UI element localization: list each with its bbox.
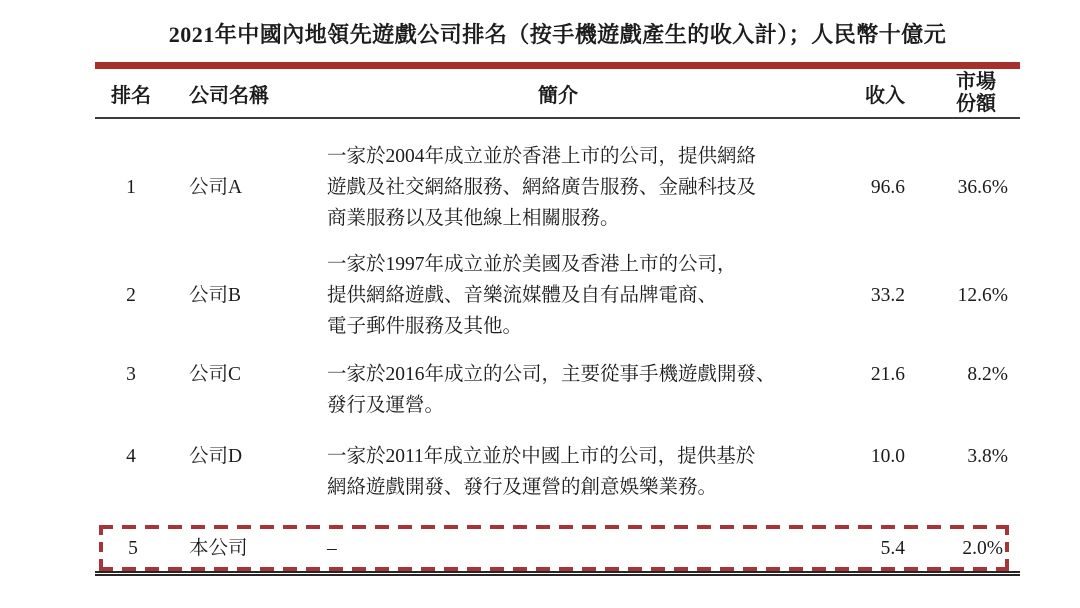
table-row: 4 公司D 一家於2011年成立並於中國上市的公司，提供基於 網絡遊戲開發、發行… — [95, 441, 1020, 503]
rank-cell: 2 — [95, 280, 167, 311]
market-share-cell: 3.8% — [905, 441, 1020, 472]
company-cell: 公司A — [167, 172, 309, 203]
market-share-cell: 2.0% — [905, 534, 1009, 563]
company-cell: 本公司 — [167, 534, 309, 563]
rank-cell: 1 — [95, 172, 167, 203]
dashed-border-top — [99, 525, 1009, 529]
revenue-cell: 33.2 — [807, 280, 905, 311]
table-row: 3 公司C 一家於2016年成立的公司，主要從事手機遊戲開發、 發行及運營。 2… — [95, 359, 1020, 421]
table-row: 5 本公司 – 5.4 2.0% — [99, 534, 1009, 563]
market-share-line1: 市場 — [956, 71, 996, 93]
description-cell: 一家於2004年成立並於香港上市的公司，提供網絡 遊戲及社交網絡服務、網絡廣告服… — [309, 141, 807, 234]
column-header-revenue: 收入 — [807, 79, 905, 108]
company-cell: 公司C — [167, 359, 309, 390]
rank-cell: 5 — [99, 534, 167, 563]
rank-cell: 4 — [95, 441, 167, 472]
revenue-cell: 5.4 — [807, 534, 905, 563]
table-header-row: 排名 公司名稱 簡介 收入 市場份額 — [95, 69, 1020, 119]
column-header-market-share: 市場份額 — [905, 71, 1020, 115]
description-cell: – — [309, 534, 807, 563]
company-cell: 公司B — [167, 280, 309, 311]
column-header-company: 公司名稱 — [167, 79, 309, 108]
highlight-row-container: 5 本公司 – 5.4 2.0% — [99, 534, 1009, 563]
table-row: 1 公司A 一家於2004年成立並於香港上市的公司，提供網絡 遊戲及社交網絡服務… — [95, 141, 1020, 234]
revenue-cell: 96.6 — [807, 172, 905, 203]
column-header-rank: 排名 — [95, 79, 167, 108]
market-share-cell: 12.6% — [905, 280, 1020, 311]
table-title: 2021年中國內地領先遊戲公司排名（按手機遊戲產生的收入計）；人民幣十億元 — [95, 22, 1020, 48]
column-header-description: 簡介 — [309, 79, 807, 108]
table-body: 1 公司A 一家於2004年成立並於香港上市的公司，提供網絡 遊戲及社交網絡服務… — [95, 141, 1020, 503]
document-page: 2021年中國內地領先遊戲公司排名（按手機遊戲產生的收入計）；人民幣十億元 排名… — [95, 22, 1020, 576]
description-cell: 一家於2016年成立的公司，主要從事手機遊戲開發、 發行及運營。 — [309, 359, 807, 421]
revenue-cell: 21.6 — [807, 359, 905, 390]
accent-red-rule — [95, 62, 1020, 69]
rank-cell: 3 — [95, 359, 167, 390]
description-cell: 一家於1997年成立並於美國及香港上市的公司， 提供網絡遊戲、音樂流媒體及自有品… — [309, 249, 807, 342]
description-cell: 一家於2011年成立並於中國上市的公司，提供基於 網絡遊戲開發、發行及運營的創意… — [309, 441, 807, 503]
market-share-cell: 8.2% — [905, 359, 1020, 390]
table-row: 2 公司B 一家於1997年成立並於美國及香港上市的公司， 提供網絡遊戲、音樂流… — [95, 249, 1020, 342]
market-share-cell: 36.6% — [905, 172, 1020, 203]
revenue-cell: 10.0 — [807, 441, 905, 472]
highlight-box: 5 本公司 – 5.4 2.0% — [99, 525, 1009, 571]
dashed-border-bottom — [99, 567, 1009, 571]
table-bottom-double-rule — [95, 571, 1020, 576]
market-share-line2: 份額 — [956, 93, 996, 115]
company-cell: 公司D — [167, 441, 309, 472]
